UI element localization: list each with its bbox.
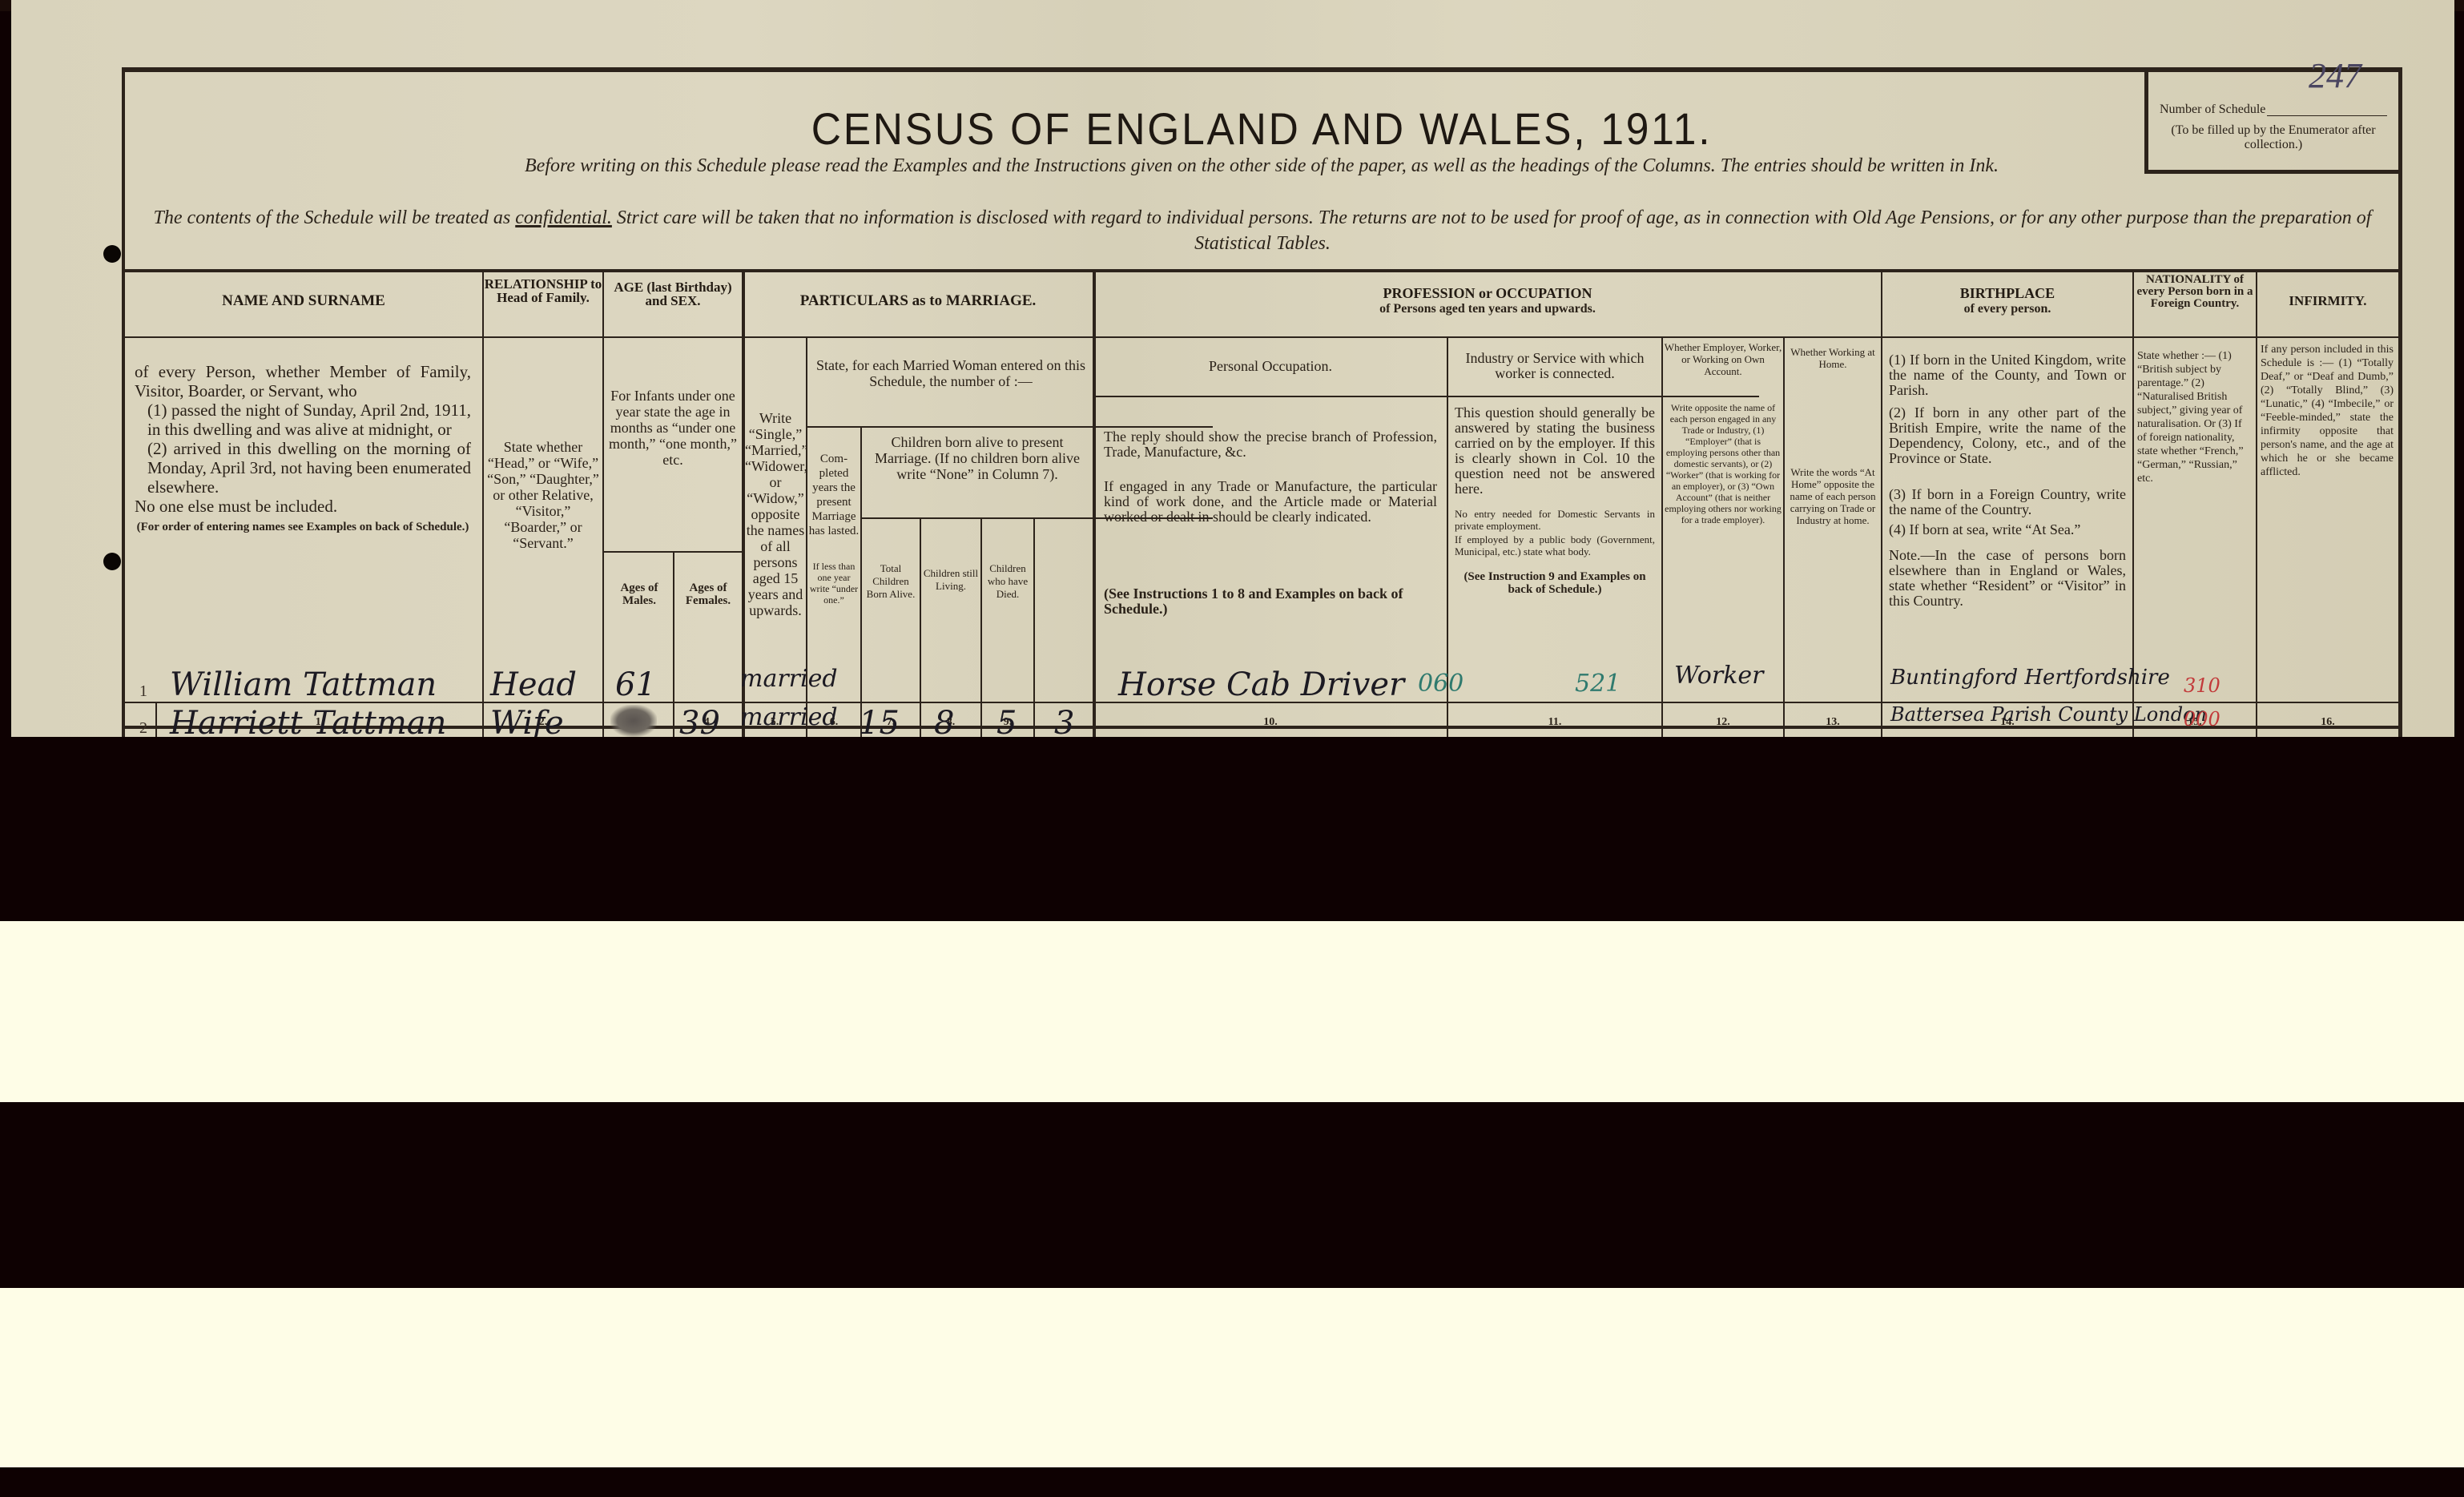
entry-occupation[interactable]: Horse Cab Driver (1118, 666, 1404, 703)
personal-occupation-instr-2: If engaged in any Trade or Manufacture, … (1104, 479, 1437, 525)
header-particulars-marriage: PARTICULARS as to MARRIAGE. (743, 293, 1093, 309)
column-rule (602, 269, 604, 742)
blank-band (0, 921, 2464, 1102)
children-born-alive-header: Children born alive to present Marriage.… (864, 434, 1091, 482)
infirmity-instructions: If any person included in this Schedule … (2261, 343, 2394, 479)
confidential-word: confidential. (515, 207, 612, 228)
table-top-rule (125, 269, 2398, 272)
row-number: 1 (139, 682, 147, 701)
blank-band (0, 1288, 2464, 1467)
header-total-children: Total Children Born Alive. (862, 562, 920, 601)
column-rule (980, 517, 982, 742)
age-instructions: For Infants under one year state the age… (606, 388, 740, 468)
punch-hole (103, 245, 121, 263)
header-birthplace: BIRTHPLACE (1882, 285, 2132, 301)
header-personal-occupation: Personal Occupation. (1096, 359, 1445, 374)
header-employer-worker: Whether Employer, Worker, or Working on … (1663, 341, 1783, 377)
name-column-instructions: of every Person, whether Member of Famil… (135, 362, 471, 533)
column-number: 16. (2257, 716, 2398, 729)
personal-occupation-instr-1: The reply should show the precise branch… (1104, 429, 1437, 460)
redacted-band (0, 1467, 2464, 1497)
birthplace-instr-1: (1) If born in the United Kingdom, write… (1889, 352, 2126, 398)
column-number: 12. (1663, 716, 1783, 729)
industry-instr-2: No entry needed for Domestic Servants in… (1455, 508, 1655, 532)
employer-worker-instructions: Write opposite the name of each person e… (1665, 402, 1782, 525)
entry-birthplace-code: 000 (2184, 708, 2220, 730)
entry-industry-code: 521 (1575, 670, 1621, 698)
instruction-line: Before writing on this Schedule please r… (125, 155, 2398, 177)
redacted-band (0, 1102, 2464, 1288)
header-industry-service: Industry or Service with which worker is… (1448, 351, 1661, 381)
header-ages-of-females: Ages of Females. (674, 581, 742, 607)
entry-marriage[interactable]: married (740, 673, 838, 686)
header-working-at-home: Whether Working at Home. (1785, 346, 1881, 370)
column-rule (1661, 336, 1663, 742)
birthplace-instr-4: (4) If born at sea, write “At Sea.” (1889, 522, 2126, 537)
row-number: 2 (139, 719, 147, 738)
entry-employment[interactable]: Worker (1674, 670, 1763, 682)
schedule-number-note: (To be filled up by the Enumerator after… (2153, 123, 2394, 152)
header-relationship: RELATIONSHIP to Head of Family. (484, 277, 602, 304)
header-age: AGE (last Birthday) and SEX. (604, 280, 742, 308)
ink-blot (610, 705, 657, 737)
entry-marriage[interactable]: married (740, 711, 838, 724)
header-profession: PROFESSION or OCCUPATION (1094, 285, 1881, 301)
column-rule (1033, 517, 1035, 742)
header-ages-of-males: Ages of Males. (606, 581, 673, 607)
column-number: 13. (1785, 716, 1881, 729)
redacted-band (0, 737, 2464, 921)
header-infirmity: INFIRMITY. (2257, 293, 2398, 309)
years-married-header: Com-pleted years the present Marriage ha… (807, 452, 860, 538)
occupation-subrule (1094, 396, 1759, 397)
entry-birthplace[interactable]: Battersea Parish County London (1890, 708, 2207, 721)
column-rule (920, 517, 921, 742)
form-title: CENSUS OF ENGLAND AND WALES, 1911. (216, 103, 2308, 155)
marriage-subrule (806, 426, 1213, 428)
entry-name[interactable]: William Tattman (170, 666, 437, 703)
punch-hole (103, 553, 121, 570)
industry-instr-1: This question should generally be answer… (1455, 405, 1655, 497)
entry-birthplace-code: 310 (2184, 674, 2220, 697)
birthplace-instr-2: (2) If born in any other part of the Bri… (1889, 405, 2126, 466)
relationship-instructions: State whether “Head,” or “Wife,” “Son,” … (487, 439, 599, 551)
header-nationality: NATIONALITY of every Person born in a Fo… (2134, 274, 2256, 310)
schedule-number-value[interactable]: 247 (2309, 69, 2361, 83)
entry-relationship[interactable]: Head (490, 666, 577, 703)
header-name-and-surname: NAME AND SURNAME (125, 293, 482, 309)
header-children-living: Children still Living. (921, 567, 980, 593)
marriage-condition-instructions: Write “Single,” “Married,” “Widower,” or… (745, 410, 806, 618)
industry-instr-3: If employed by a public body (Government… (1455, 533, 1655, 557)
birthplace-instr-3: (3) If born in a Foreign Country, write … (1889, 487, 2126, 517)
census-form: CENSUS OF ENGLAND AND WALES, 1911. Befor… (122, 67, 2402, 742)
working-at-home-instructions: Write the words “At Home” opposite the n… (1786, 466, 1879, 526)
schedule-number-label: Number of Schedule (2160, 103, 2265, 117)
column-rule (2256, 269, 2257, 742)
column-rule (1093, 269, 1096, 742)
header-birthplace-sub: of every person. (1882, 301, 2132, 316)
header-rule (125, 336, 2398, 338)
personal-occupation-instr-3: (See Instructions 1 to 8 and Examples on… (1104, 586, 1437, 617)
confidentiality-notice: The contents of the Schedule will be tre… (149, 205, 2376, 256)
industry-instr-4: (See Instruction 9 and Examples on back … (1455, 570, 1655, 596)
header-profession-sub: of Persons aged ten years and upwards. (1094, 301, 1881, 316)
years-married-note: If less than one year write “under one.” (807, 561, 860, 606)
column-rule (673, 551, 674, 742)
birthplace-note: Note.—In the case of persons born elsewh… (1889, 548, 2126, 609)
column-rule (482, 269, 484, 742)
nationality-instructions: State whether :— (1) “British subject by… (2137, 349, 2253, 485)
schedule-number-box: Number of Schedule 247 (To be filled up … (2144, 67, 2402, 174)
married-woman-instructions: State, for each Married Woman entered on… (811, 357, 1091, 389)
entry-age-male[interactable]: 61 (615, 666, 656, 703)
column-number: 10. (1094, 716, 1447, 729)
schedule-number-line (2267, 115, 2387, 116)
column-number: 11. (1448, 716, 1661, 729)
header-children-died: Children who have Died. (982, 562, 1033, 601)
column-rule (1881, 269, 1882, 742)
entry-occupation-code: 060 (1418, 670, 1464, 698)
column-rule (1783, 336, 1785, 742)
entry-birthplace[interactable]: Buntingford Hertfordshire (1890, 671, 2170, 684)
